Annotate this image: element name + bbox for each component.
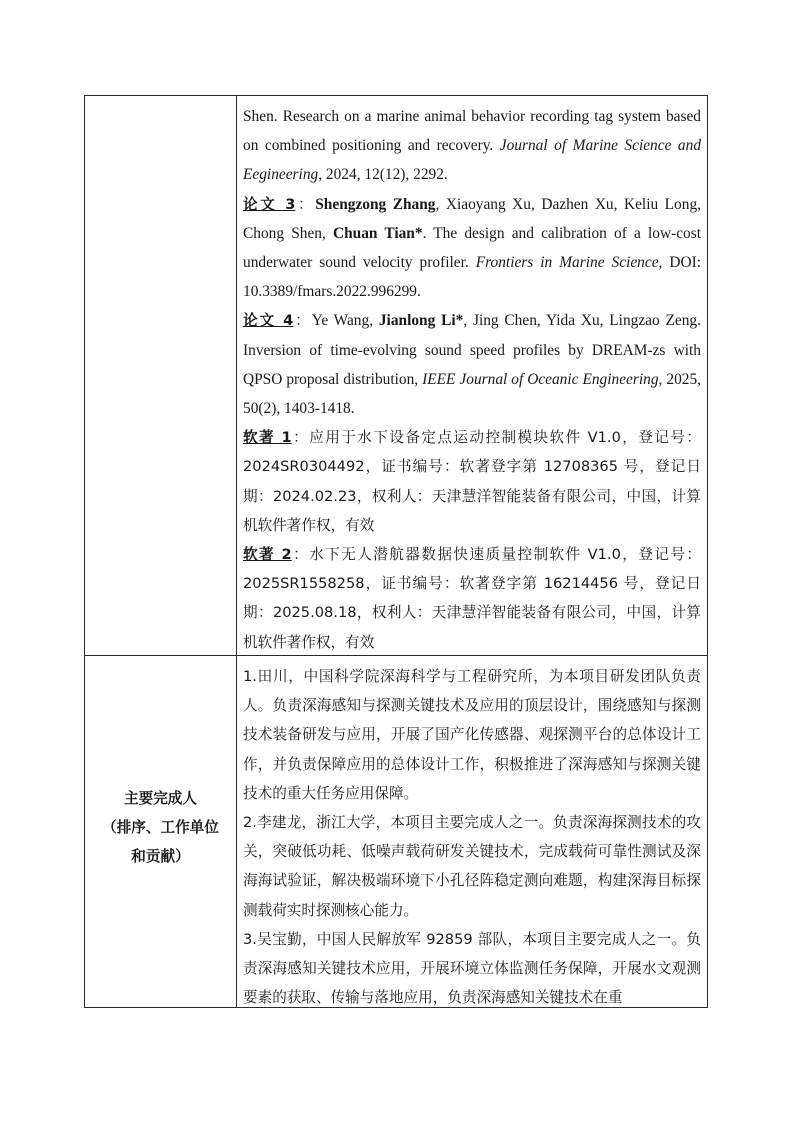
software-2-tag: 软著 2 xyxy=(243,546,292,563)
paper-3: 论文 3：Shengzong Zhang, Xiaoyang Xu, Dazhe… xyxy=(243,190,701,307)
contributor-3: 3.吴宝勤，中国人民解放军 92859 部队，本项目主要完成人之一。负责深海感知… xyxy=(243,925,701,1013)
software-copyright-2: 软著 2：水下无人潜航器数据快速质量控制软件 V1.0，登记号：2025SR15… xyxy=(243,540,701,657)
table-row-main-contributors: 主要完成人 （排序、工作单位 和贡献） 1.田川，中国科学院深海科学与工程研究所… xyxy=(85,655,707,1007)
software-1-tag: 软著 1 xyxy=(243,429,292,446)
paper-3-tag: 论文 3 xyxy=(243,196,295,213)
publications-cell: Shen. Research on a marine animal behavi… xyxy=(237,96,707,655)
achievement-table: Shen. Research on a marine animal behavi… xyxy=(84,95,708,1008)
table-row-publications: Shen. Research on a marine animal behavi… xyxy=(85,96,707,655)
journal-name: Frontiers in Marine Science xyxy=(476,254,659,271)
contributor-2: 2.李建龙，浙江大学，本项目主要完成人之一。负责深海探测技术的攻关，突破低功耗、… xyxy=(243,808,701,925)
contributor-1: 1.田川，中国科学院深海科学与工程研究所，为本项目研发团队负责人。负责深海感知与… xyxy=(243,662,701,808)
journal-name: IEEE Journal of Oceanic Engineering xyxy=(422,371,658,388)
software-copyright-1: 软著 1：应用于水下设备定点运动控制模块软件 V1.0，登记号：2024SR03… xyxy=(243,423,701,540)
paper-4: 论文 4：Ye Wang, Jianlong Li*, Jing Chen, Y… xyxy=(243,306,701,423)
contributors-cell: 1.田川，中国科学院深海科学与工程研究所，为本项目研发团队负责人。负责深海感知与… xyxy=(237,656,707,1007)
row-label-main-contributors: 主要完成人 （排序、工作单位 和贡献） xyxy=(85,784,236,871)
paper-2-continued: Shen. Research on a marine animal behavi… xyxy=(243,102,701,190)
row-label-cell: 主要完成人 （排序、工作单位 和贡献） xyxy=(85,656,237,1007)
row-label-empty xyxy=(85,96,237,655)
paper-4-tag: 论文 4 xyxy=(243,312,293,329)
